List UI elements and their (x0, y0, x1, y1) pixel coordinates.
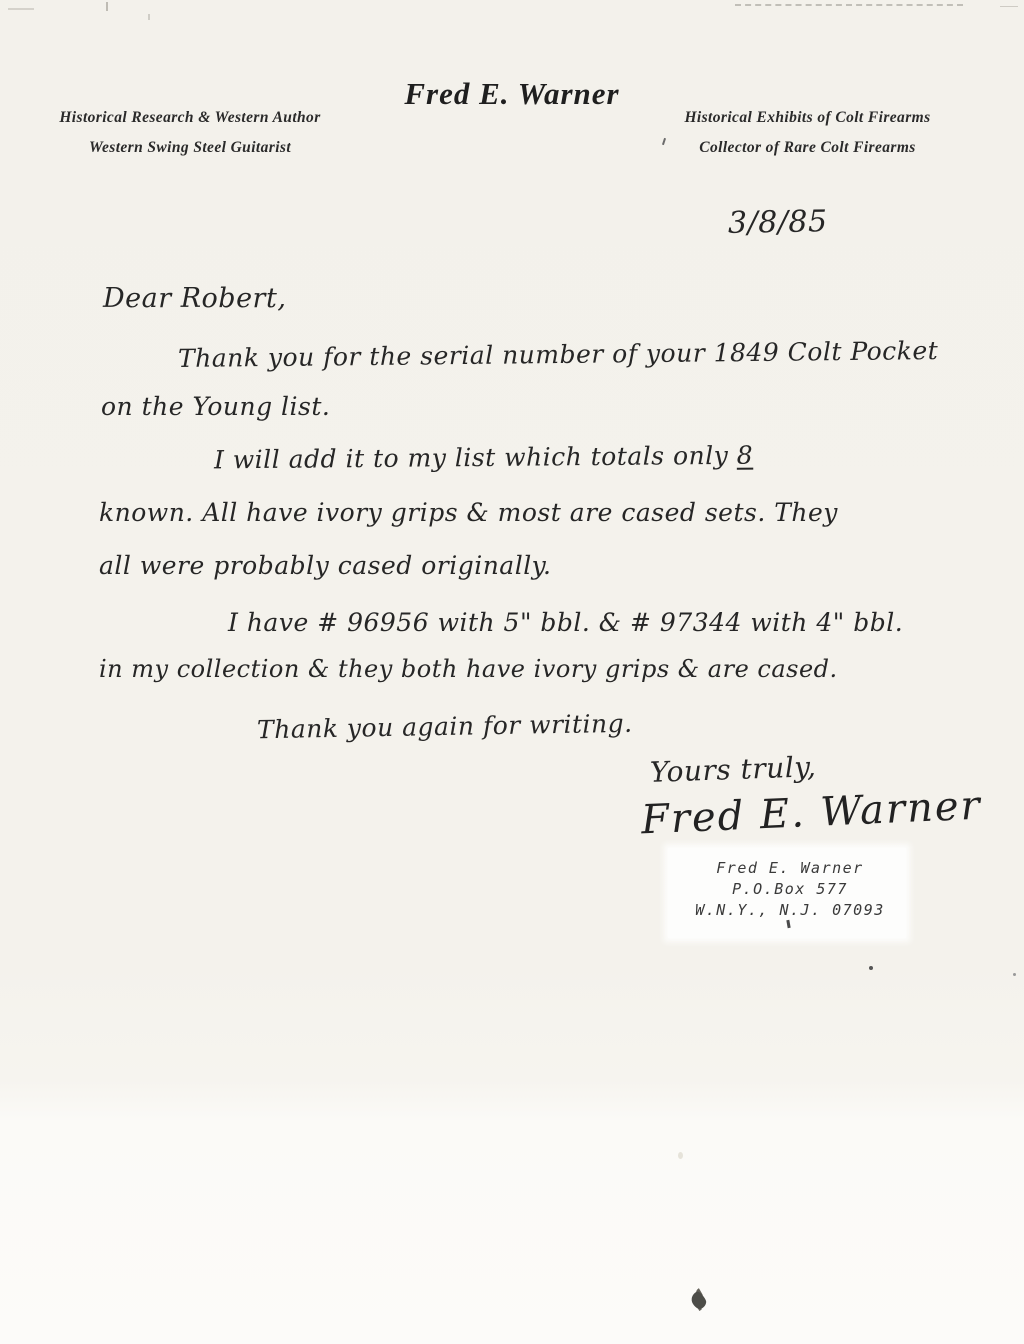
body-line-p1-1: Thank you for the serial number of your … (178, 336, 938, 373)
stamp-name: Fred E. Warner (645, 858, 935, 879)
body-line-thanks: Thank you again for writing. (257, 709, 633, 745)
stamp-city-zip: W.N.Y., N.J. 07093 (645, 900, 935, 921)
signature: Fred E. Warner (640, 783, 982, 844)
scan-artifact-top-left-tick2 (148, 14, 150, 20)
underlined-total-count: 8 (737, 441, 754, 470)
scan-artifact-top-line-right (1000, 6, 1018, 7)
letterhead-right-block: Historical Exhibits of Colt Firearms Col… (655, 103, 960, 163)
salutation: Dear Robert, (103, 283, 286, 314)
body-line-p2-1-text: I will add it to my list which totals on… (214, 441, 737, 475)
body-line-p2-3: all were probably cased originally. (99, 551, 551, 580)
letterhead-left-line1: Historical Research & Western Author (40, 103, 340, 133)
scan-artifact-top-left-tick (106, 2, 108, 11)
ink-smudge-bottom (689, 1290, 709, 1311)
letterhead-left-line2: Western Swing Steel Guitarist (40, 133, 340, 163)
stamp-po-box: P.O.Box 577 (645, 879, 935, 900)
body-line-p1-2: on the Young list. (101, 392, 330, 421)
scan-speck-2 (1013, 973, 1016, 976)
body-line-p2-2: known. All have ivory grips & most are c… (99, 498, 838, 527)
valediction: Yours truly, (649, 750, 816, 789)
body-line-p3-2: in my collection & they both have ivory … (99, 655, 838, 683)
scan-speck-1 (869, 966, 873, 970)
body-line-p3-1: I have # 96956 with 5" bbl. & # 97344 wi… (228, 608, 903, 637)
body-line-p2-1: I will add it to my list which totals on… (214, 441, 753, 475)
letterhead-right-line1: Historical Exhibits of Colt Firearms (655, 103, 960, 133)
letterhead-left-block: Historical Research & Western Author Wes… (40, 103, 340, 163)
handwritten-date: 3/8/85 (728, 204, 828, 241)
scanned-letter-page: Fred E. Warner Historical Research & Wes… (0, 0, 1024, 1344)
address-stamp: Fred E. Warner P.O.Box 577 W.N.Y., N.J. … (645, 858, 935, 921)
scan-artifact-top-line (735, 4, 963, 6)
letterhead-right-line2: Collector of Rare Colt Firearms (655, 133, 960, 163)
scan-speck-3 (678, 1152, 683, 1159)
scan-artifact-top-left (8, 8, 34, 10)
